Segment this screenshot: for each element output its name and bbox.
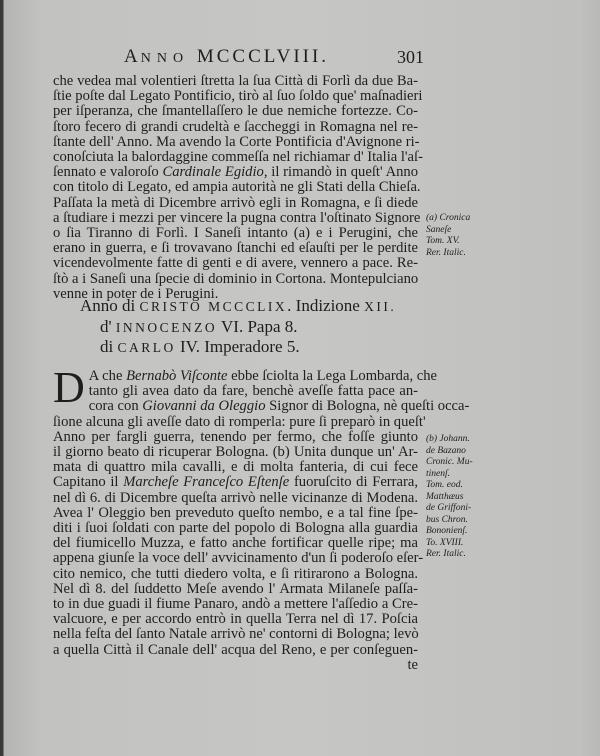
note-line: Tom. eod. (426, 480, 486, 492)
text-line: to in due guadi il fiume Panaro, andò a … (53, 597, 418, 612)
text-line: mata di quattro mila cavalli, e di molta… (53, 460, 418, 475)
margin-note-a: (a) Cronica Saneſe Tom. XV. Rer. Italic. (426, 213, 486, 259)
text-line: diti i ſuoi ſoldati con parte del popolo… (53, 521, 418, 536)
text-line: Nel dì 8. del ſuddetto Meſe avendo l' Ar… (53, 582, 418, 597)
italic-name: Marcheſe Franceſco Eſtenſe (123, 474, 289, 490)
text-line: a ſtudiare i mezzi per vincere la pugna … (53, 211, 418, 226)
note-line: Bononienſ. (426, 526, 486, 538)
text-line: tanto gli avea dato da fare, benchè aveſ… (53, 384, 418, 399)
running-title: ANNO MCCCLVIII. (124, 46, 329, 68)
title-smallcaps: NNO (141, 51, 189, 66)
text-line: a quella Città il Canale dell' acqua del… (53, 643, 418, 658)
heading-smallcaps: CARLO (117, 340, 175, 355)
note-line: Saneſe (426, 225, 486, 237)
text-line: del fiumicello Muzza, e fatto anche fort… (53, 536, 418, 551)
page-number: 301 (397, 47, 424, 68)
text-segment: , il rimandò in queſt' Anno (264, 164, 418, 180)
heading-text: di (100, 337, 117, 356)
text-segment: cora con (89, 398, 142, 414)
note-line: Rer. Italic. (426, 248, 486, 260)
heading-line-emperor: di CARLO IV. Imperadore 5. (80, 337, 396, 358)
text-line: Paſſata la metà di Dicembre arrivò egli … (53, 196, 418, 211)
note-line: To. XVIII. (426, 538, 486, 550)
text-line: Anno per fargli guerra, tenendo per ferm… (53, 430, 418, 445)
text-line: che vedea mal volentieri ſtretta la ſua … (53, 74, 418, 89)
heading-line-pope: d' INNOCENZO VI. Papa 8. (80, 317, 396, 338)
italic-name: Giovanni da Oleggio (142, 398, 265, 414)
book-page: ANNO MCCCLVIII. 301 che vedea mal volent… (0, 0, 600, 756)
text-line: ſtante dell' Anno. Ma avendo la Corte Po… (53, 135, 418, 150)
text-line: conoſciuta la balordaggine commeſſa nel … (53, 150, 418, 165)
text-segment: Capitano il (53, 474, 123, 490)
note-line: Matthæus (426, 492, 486, 504)
heading-line-year: Anno di CRISTO MCCCLIX. Indizione XII. (80, 296, 396, 317)
text-line: ſtò a i Saneſi una ſpecie di dominio in … (53, 272, 418, 287)
italic-name: Bernabò Viſconte (126, 368, 227, 384)
margin-note-b: (b) Johann. de Bazano Cronic. Mu- tinenſ… (426, 434, 486, 561)
note-line: de Bazano (426, 446, 486, 458)
text-line: erano in guerra, e ſi trovavano ſtanchi … (53, 241, 418, 256)
note-line: (b) Johann. (426, 434, 486, 446)
note-line: tinenſ. (426, 469, 486, 481)
note-line: bus Chron. (426, 515, 486, 527)
note-line: de Griffoni- (426, 503, 486, 515)
catchword: te (53, 658, 418, 673)
heading-smallcaps: XII. (364, 299, 396, 314)
note-line: Rer. Italic. (426, 549, 486, 561)
text-segment: ebbe ſciolta la Lega Lombarda, che (228, 368, 437, 384)
heading-smallcaps: CRISTO (140, 299, 203, 314)
text-line: ſennato e valoroſo Cardinale Egidio, il … (53, 165, 418, 180)
text-line: con titolo di Legato, ed ampia autorità … (53, 180, 418, 195)
heading-smallcaps: MCCCLIX (202, 299, 287, 314)
text-line: nel dì 6. di Dicembre queſta arrivò nell… (53, 491, 418, 506)
text-segment: A che (89, 368, 126, 384)
text-line: ſione alcuna gli aveſſe dato di romperla… (53, 415, 418, 430)
title-initial: A (124, 46, 141, 67)
note-line: Tom. XV. (426, 236, 486, 248)
text-line: vicendevolmente fatte di genti e di aver… (53, 256, 418, 271)
text-line: per iſperanza, che ſmantellaſſero le due… (53, 104, 418, 119)
heading-text: . Indizione (287, 296, 364, 315)
heading-smallcaps: INNOCENZO (116, 320, 217, 335)
text-line: ſtoro fecero di grandi crudeltà e ſacche… (53, 120, 418, 135)
section-heading: Anno di CRISTO MCCCLIX. Indizione XII. d… (80, 296, 396, 358)
text-segment: Signor di Bologna, nè queſti occa- (266, 398, 470, 414)
text-line: il giorno beato di ricuperar Bologna. (b… (53, 445, 418, 460)
note-line: Cronic. Mu- (426, 457, 486, 469)
text-line: appena giunſe la voce dell' avvicinament… (53, 551, 418, 566)
drop-cap: D (53, 371, 85, 405)
running-header: ANNO MCCCLVIII. 301 (0, 46, 600, 72)
paragraph-2: D A che Bernabò Viſconte ebbe ſciolta la… (53, 369, 418, 673)
text-line: cora con Giovanni da Oleggio Signor di B… (53, 399, 418, 414)
note-line: (a) Cronica (426, 213, 486, 225)
text-line: Capitano il Marcheſe Franceſco Eſtenſe f… (53, 475, 418, 490)
text-line: ſtie poſte dal Legato Pontificio, tirò a… (53, 89, 418, 104)
text-line: valcuore, e per accordo entrò in quella … (53, 612, 418, 627)
heading-text: d' (100, 317, 116, 336)
text-segment: fuoruſcito di Ferrara, (289, 474, 418, 490)
text-segment: ſennato e valoroſo (53, 164, 162, 180)
paragraph-1: che vedea mal volentieri ſtretta la ſua … (53, 74, 418, 302)
text-line: cito nemico, che tutti diedero volta, e … (53, 567, 418, 582)
text-line: nella feſta del ſanto Natale arrivò ne' … (53, 627, 418, 642)
heading-text: IV. Imperadore 5. (176, 337, 300, 356)
heading-text: Anno di (80, 296, 140, 315)
text-line: o ſia Tiranno di Forlì. I Saneſi intanto… (53, 226, 418, 241)
italic-name: Cardinale Egidio (162, 164, 263, 180)
text-line: Avea l' Oleggio ben preveduto queſto nem… (53, 506, 418, 521)
text-line: A che Bernabò Viſconte ebbe ſciolta la L… (53, 369, 418, 384)
heading-text: VI. Papa 8. (217, 317, 297, 336)
title-year: MCCCLVIII. (197, 46, 329, 67)
